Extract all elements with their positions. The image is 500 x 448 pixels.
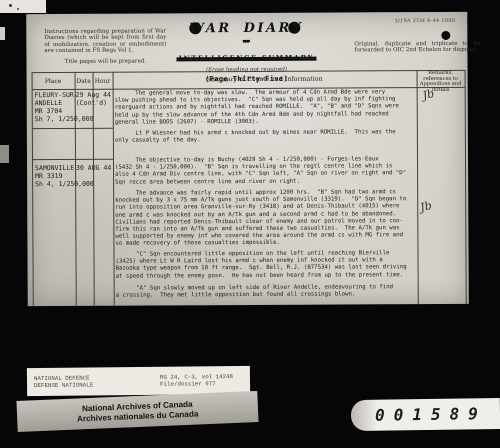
column-header-hour: Hour (93, 78, 113, 85)
summary-paragraph: "A" Sqn slowly moved up on left side of … (116, 284, 419, 300)
summary-paragraph: The objective to-day is Buchy (4029 Sh 4… (115, 156, 418, 186)
handwritten-initials: Jb (419, 199, 433, 214)
scan-speck (9, 4, 12, 7)
archive-reference: RG 24, C-3, vol 14248 File/dossier 977 (160, 373, 233, 388)
column-header-summary: Summary of Events and Information (113, 75, 417, 84)
scan-artifact-edge (0, 145, 9, 163)
punch-hole-icon (441, 31, 450, 40)
scan-speck (17, 8, 19, 10)
table-border-right (465, 70, 467, 304)
instructions-left: Instructions regarding preparation of Wa… (44, 28, 166, 54)
national-archives-stamp: National Archives of Canada Archives nat… (16, 391, 258, 432)
title-block: WAR DIARY or INTELLIGENCE SUMMARY (Erase… (156, 21, 336, 84)
summary-paragraph: Lt P Wiesner had his armd c knocked out … (115, 129, 418, 145)
summary-paragraph: The advance was fairly rapid until appro… (115, 189, 418, 248)
table-border-left (32, 72, 34, 306)
row-divider (32, 159, 113, 160)
national-defence-stamp: NATIONAL DEFENCE DEFENSE NATIONALE RG 24… (27, 366, 250, 396)
instructions-right: Original, duplicate and triplicate to be… (354, 41, 480, 54)
summary-paragraph: "C" Sqn encountered little opposition on… (115, 250, 418, 280)
struck-heading: INTELLIGENCE SUMMARY (179, 54, 314, 63)
column-header-date: Date (75, 78, 93, 85)
scan-artifact-corner (0, 0, 46, 13)
row-divider (32, 128, 113, 129)
scanned-war-diary-screenshot: 3/19A 25M 4-44 1000 Instructions regardi… (0, 0, 500, 448)
form-number: 3/19A 25M 4-44 1000 (395, 18, 456, 24)
defence-org-label: NATIONAL DEFENCE DEFENSE NATIONALE (34, 374, 93, 389)
page-title: WAR DIARY (156, 21, 336, 37)
entry-date: 30 AUG 44 (76, 164, 111, 172)
entry-date: 29 Aug 44 (Cont'd) (76, 91, 111, 107)
war-diary-page: 3/19A 25M 4-44 1000 Instructions regardi… (26, 12, 469, 306)
microfilm-frame-counter: 001589 (351, 398, 500, 431)
column-header-place: Place (32, 78, 75, 85)
frame-counter-digits: 001589 (351, 404, 487, 425)
scan-artifact-edge (0, 27, 5, 40)
title-pages-note: Title pages will be prepared. (44, 58, 166, 65)
summary-paragraph: The general move to-day was slow. The ar… (115, 89, 418, 127)
